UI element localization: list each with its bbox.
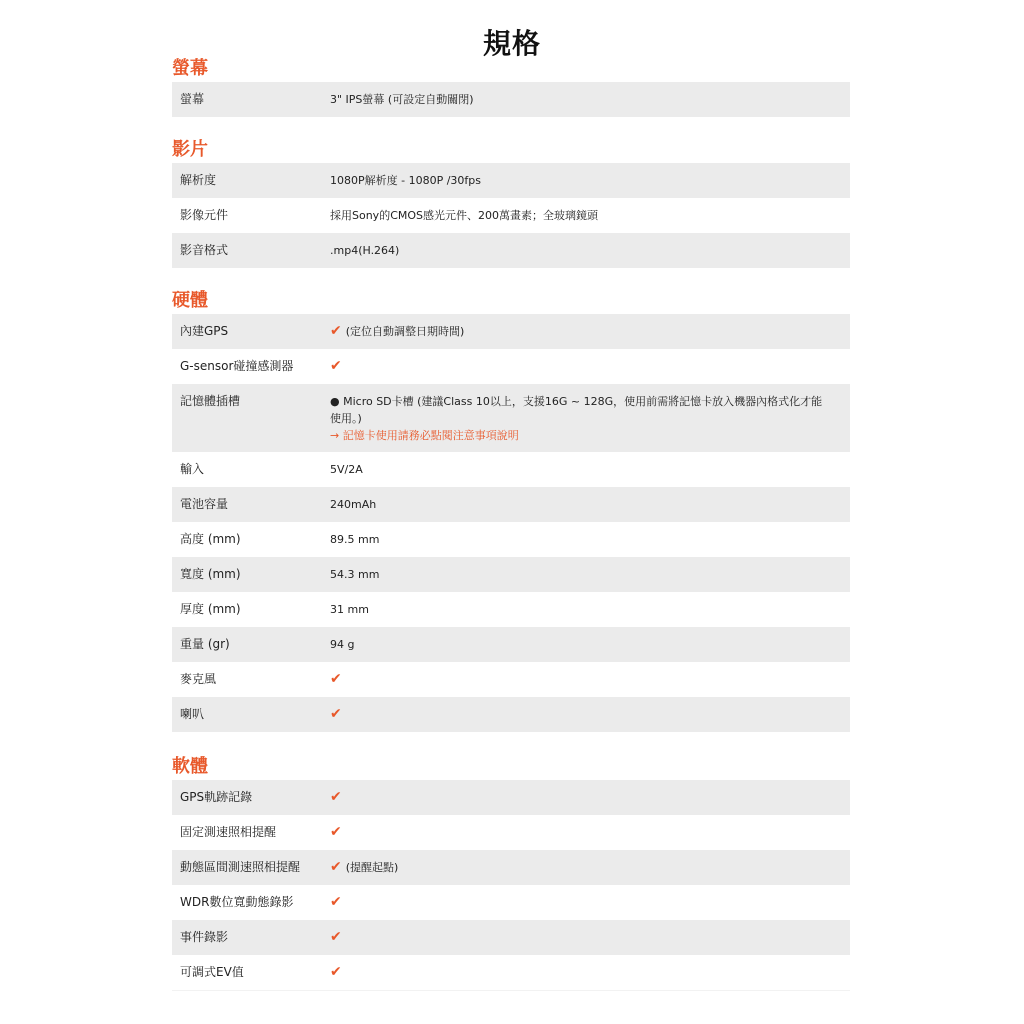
row-label: 事件錄影 — [172, 920, 330, 954]
row-value: 54.3 mm — [330, 557, 850, 591]
table-row: 重量 (gr) 94 g — [172, 627, 850, 662]
row-label: 寬度 (mm) — [172, 557, 330, 591]
check-icon: ✔ — [330, 706, 342, 722]
table-row: 麥克風 ✔ — [172, 662, 850, 697]
table-row: 內建GPS ✔(定位自動調整日期時間) — [172, 314, 850, 349]
check-icon: ✔ — [330, 859, 342, 875]
table-row: 螢幕 3" IPS螢幕 (可設定自動關閉) — [172, 82, 850, 117]
table-row: 記憶體插槽 ● Micro SD卡槽 (建議Class 10以上，支援16G ~… — [172, 384, 850, 452]
section-software: 軟體 GPS軌跡記錄 ✔ 固定測速照相提醒 ✔ 動態區間測速照相提醒 ✔(提醒起… — [172, 754, 850, 991]
row-value: 5V/2A — [330, 452, 850, 486]
table-row: 影音格式 .mp4(H.264) — [172, 233, 850, 268]
table-row: GPS軌跡記錄 ✔ — [172, 780, 850, 815]
section-title: 軟體 — [172, 754, 850, 780]
table-row: 電池容量 240mAh — [172, 487, 850, 522]
table-row: 事件錄影 ✔ — [172, 920, 850, 955]
row-value: ✔(定位自動調整日期時間) — [330, 314, 850, 348]
row-value: 89.5 mm — [330, 522, 850, 556]
row-label: 影音格式 — [172, 233, 330, 267]
table-row: 影像元件 採用Sony的CMOS感光元件、200萬畫素；全玻璃鏡頭 — [172, 198, 850, 233]
row-label: 重量 (gr) — [172, 627, 330, 661]
table-row: 固定測速照相提醒 ✔ — [172, 815, 850, 850]
row-value: ✔ — [330, 780, 850, 814]
row-label: 電池容量 — [172, 487, 330, 521]
check-icon: ✔ — [330, 824, 342, 840]
row-value: 94 g — [330, 627, 850, 661]
row-label: 輸入 — [172, 452, 330, 486]
row-value: ✔ — [330, 349, 850, 383]
spec-content: 螢幕 螢幕 3" IPS螢幕 (可設定自動關閉) 影片 解析度 1080P解析度… — [172, 56, 850, 991]
table-row: 可調式EV值 ✔ — [172, 955, 850, 991]
section-hardware: 硬體 內建GPS ✔(定位自動調整日期時間) G-sensor碰撞感測器 ✔ 記… — [172, 288, 850, 732]
table-row: 寬度 (mm) 54.3 mm — [172, 557, 850, 592]
section-display: 螢幕 螢幕 3" IPS螢幕 (可設定自動關閉) — [172, 56, 850, 117]
row-note: (定位自動調整日期時間) — [346, 325, 465, 338]
memory-card-notice-link[interactable]: → 記憶卡使用請務必點閱注意事項說明 — [330, 427, 830, 444]
row-value: ✔ — [330, 920, 850, 954]
row-label: 解析度 — [172, 163, 330, 197]
check-icon: ✔ — [330, 323, 342, 339]
check-icon: ✔ — [330, 894, 342, 910]
table-row: 解析度 1080P解析度 - 1080P /30fps — [172, 163, 850, 198]
row-label: 麥克風 — [172, 662, 330, 696]
section-video: 影片 解析度 1080P解析度 - 1080P /30fps 影像元件 採用So… — [172, 137, 850, 268]
row-note: (提醒起點) — [346, 861, 399, 874]
table-row: G-sensor碰撞感測器 ✔ — [172, 349, 850, 384]
row-value: ✔ — [330, 662, 850, 696]
row-label: 動態區間測速照相提醒 — [172, 850, 330, 884]
table-row: 高度 (mm) 89.5 mm — [172, 522, 850, 557]
row-label: 喇叭 — [172, 697, 330, 731]
row-value: ✔ — [330, 955, 850, 989]
row-label: GPS軌跡記錄 — [172, 780, 330, 814]
table-row: 喇叭 ✔ — [172, 697, 850, 732]
row-label: 可調式EV值 — [172, 955, 330, 989]
table-row: 動態區間測速照相提醒 ✔(提醒起點) — [172, 850, 850, 885]
section-title: 螢幕 — [172, 56, 850, 82]
row-label: 影像元件 — [172, 198, 330, 232]
check-icon: ✔ — [330, 358, 342, 374]
row-label: 固定測速照相提醒 — [172, 815, 330, 849]
row-label: 內建GPS — [172, 314, 330, 348]
row-value: ✔ — [330, 885, 850, 919]
check-icon: ✔ — [330, 964, 342, 980]
check-icon: ✔ — [330, 929, 342, 945]
row-value: 240mAh — [330, 487, 850, 521]
row-value: 採用Sony的CMOS感光元件、200萬畫素；全玻璃鏡頭 — [330, 198, 850, 232]
row-value: ✔(提醒起點) — [330, 850, 850, 884]
row-value: ● Micro SD卡槽 (建議Class 10以上，支援16G ~ 128G，… — [330, 384, 850, 452]
row-label: 高度 (mm) — [172, 522, 330, 556]
row-label: 記憶體插槽 — [172, 384, 330, 418]
row-value: 31 mm — [330, 592, 850, 626]
table-row: 厚度 (mm) 31 mm — [172, 592, 850, 627]
memory-slot-description: ● Micro SD卡槽 (建議Class 10以上，支援16G ~ 128G，… — [330, 395, 822, 425]
row-value: 3" IPS螢幕 (可設定自動關閉) — [330, 82, 850, 116]
row-value: ✔ — [330, 697, 850, 731]
row-label: G-sensor碰撞感測器 — [172, 349, 330, 383]
table-row: WDR數位寬動態錄影 ✔ — [172, 885, 850, 920]
check-icon: ✔ — [330, 671, 342, 687]
row-value: ✔ — [330, 815, 850, 849]
row-value: .mp4(H.264) — [330, 233, 850, 267]
section-title: 硬體 — [172, 288, 850, 314]
table-row: 輸入 5V/2A — [172, 452, 850, 487]
row-value: 1080P解析度 - 1080P /30fps — [330, 163, 850, 197]
row-label: 螢幕 — [172, 82, 330, 116]
row-label: 厚度 (mm) — [172, 592, 330, 626]
check-icon: ✔ — [330, 789, 342, 805]
section-title: 影片 — [172, 137, 850, 163]
row-label: WDR數位寬動態錄影 — [172, 885, 330, 919]
